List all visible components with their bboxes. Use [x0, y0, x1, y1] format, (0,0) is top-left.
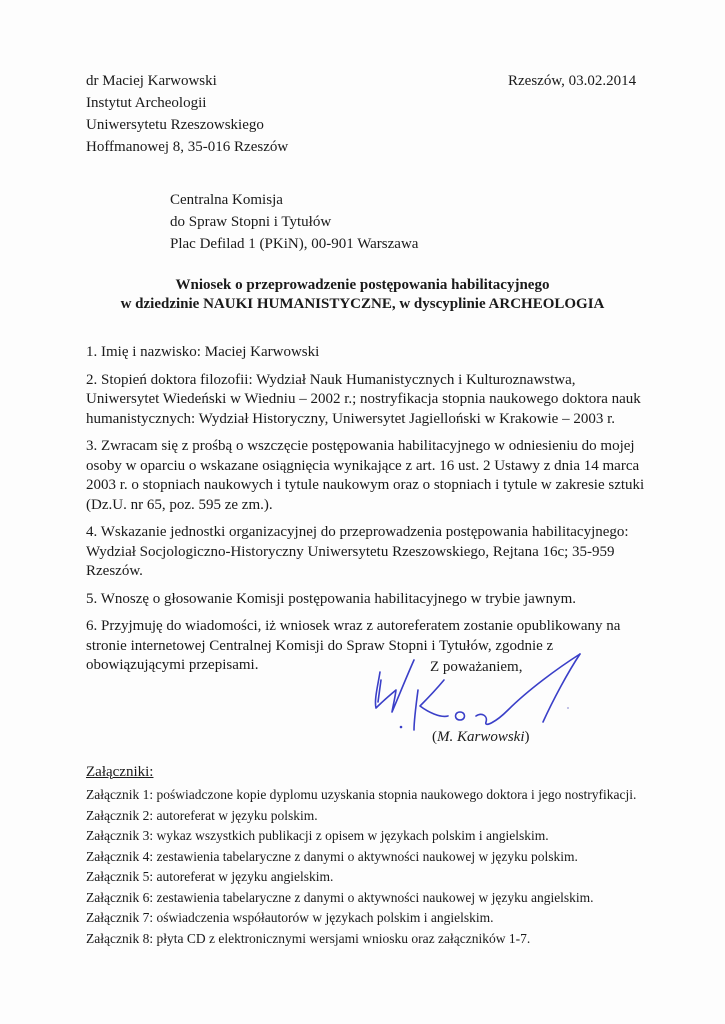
paragraph-line: Uniwersytet Wiedeński w Wiedniu – 2002 r… — [86, 390, 646, 410]
attachment-item: Załącznik 7: oświadczenia współautorów w… — [86, 908, 636, 929]
attachment-item: Załącznik 5: autoreferat w języku angiel… — [86, 867, 636, 888]
sender-university: Uniwersytetu Rzeszowskiego — [86, 114, 288, 136]
paragraph-unit: 4. Wskazanie jednostki organizacyjnej do… — [86, 523, 646, 582]
paragraph-line: 5. Wnoszę o głosowanie Komisji postępowa… — [86, 590, 646, 610]
attachment-item: Załącznik 2: autoreferat w języku polski… — [86, 806, 636, 827]
attachment-item: Załącznik 6: zestawienia tabelaryczne z … — [86, 888, 636, 909]
attachments-heading: Załączniki: — [86, 762, 153, 782]
place-and-date: Rzeszów, 03.02.2014 — [508, 70, 636, 92]
paragraph-request: 3. Zwracam się z prośbą o wszczęcie post… — [86, 437, 646, 515]
paragraph-line: 4. Wskazanie jednostki organizacyjnej do… — [86, 523, 646, 543]
attachments-list: Załącznik 1: poświadczone kopie dyplomu … — [86, 785, 636, 949]
paragraph-doctorate: 2. Stopień doktora filozofii: Wydział Na… — [86, 371, 646, 430]
paragraph-line: 2003 r. o stopniach naukowych i tytule n… — [86, 476, 646, 496]
closing-salutation: Z poważaniem, — [430, 657, 522, 677]
paragraph-voting: 5. Wnoszę o głosowanie Komisji postępowa… — [86, 590, 646, 610]
sender-address: dr Maciej Karwowski Instytut Archeologii… — [86, 70, 288, 158]
sender-street: Hoffmanowej 8, 35-016 Rzeszów — [86, 136, 288, 158]
recipient-line: Centralna Komisja — [170, 189, 418, 211]
recipient-line: do Spraw Stopni i Tytułów — [170, 211, 418, 233]
paragraph-line: 2. Stopień doktora filozofii: Wydział Na… — [86, 371, 646, 391]
document-title: Wniosek o przeprowadzenie postępowania h… — [60, 276, 665, 314]
attachment-item: Załącznik 1: poświadczone kopie dyplomu … — [86, 785, 636, 806]
sender-name: dr Maciej Karwowski — [86, 70, 288, 92]
title-line: Wniosek o przeprowadzenie postępowania h… — [60, 276, 665, 295]
paragraph-line: Wydział Socjologiczno-Historyczny Uniwer… — [86, 543, 646, 563]
letter-body: 1. Imię i nazwisko: Maciej Karwowski 2. … — [86, 343, 646, 684]
paragraph-line: osoby w oparciu o wskazane osiągnięcia w… — [86, 457, 646, 477]
attachment-item: Załącznik 4: zestawienia tabelaryczne z … — [86, 847, 636, 868]
paragraph-line: 3. Zwracam się z prośbą o wszczęcie post… — [86, 437, 646, 457]
paragraph-line: Rzeszów. — [86, 562, 646, 582]
attachment-item: Załącznik 8: płyta CD z elektronicznymi … — [86, 929, 636, 950]
paragraph-name: 1. Imię i nazwisko: Maciej Karwowski — [86, 343, 646, 363]
paren-close: ) — [525, 729, 530, 745]
recipient-line: Plac Defilad 1 (PKiN), 00-901 Warszawa — [170, 233, 418, 255]
sender-institute: Instytut Archeologii — [86, 92, 288, 114]
title-line: w dziedzinie NAUKI HUMANISTYCZNE, w dysc… — [60, 295, 665, 314]
document-page: dr Maciej Karwowski Instytut Archeologii… — [0, 0, 725, 1024]
paragraph-line: 6. Przyjmuję do wiadomości, iż wniosek w… — [86, 617, 646, 637]
signatory-name: M. Karwowski — [437, 729, 525, 745]
paragraph-line: humanistycznych: Wydział Historyczny, Un… — [86, 410, 646, 430]
paragraph-line: 1. Imię i nazwisko: Maciej Karwowski — [86, 343, 646, 363]
attachment-item: Załącznik 3: wykaz wszystkich publikacji… — [86, 826, 636, 847]
recipient-address: Centralna Komisja do Spraw Stopni i Tytu… — [170, 189, 418, 255]
paragraph-line: (Dz.U. nr 65, poz. 595 ze zm.). — [86, 496, 646, 516]
printed-name: (M. Karwowski) — [432, 727, 530, 747]
